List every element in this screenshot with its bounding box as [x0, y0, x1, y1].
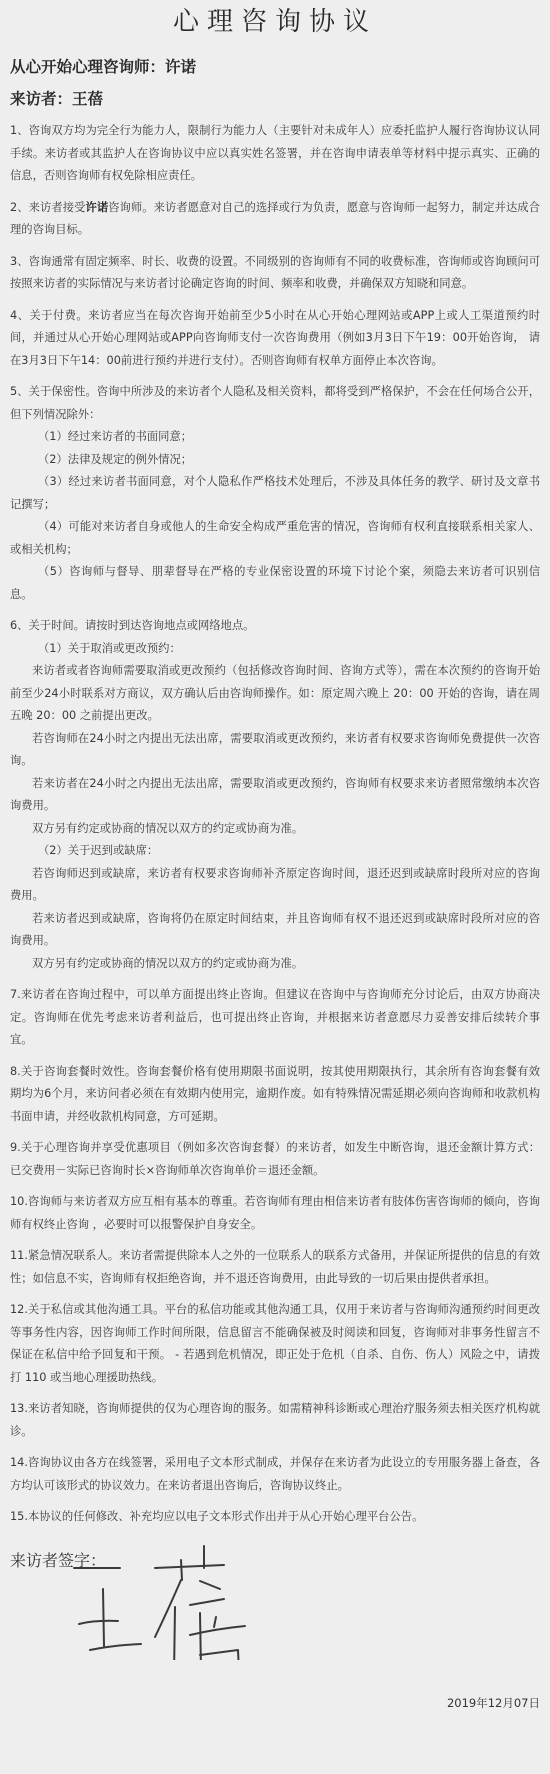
- clause-2: 2、来访者接受许诺咨询师。来访者愿意对自己的选择或行为负责，愿意与咨询师一起努力…: [10, 197, 540, 242]
- clause-10: 10.咨询师与来访者双方应互相有基本的尊重。若咨询师有理由相信来访者有肢体伤害咨…: [10, 1191, 540, 1236]
- clause-9: 9.关于心理咨询并享受优惠项目（例如多次咨询套餐）的来访者，如发生中断咨询，退还…: [10, 1137, 540, 1182]
- agreement-page: 心理咨询协议 从心开始心理咨询师：许诺 来访者：王蓓 1、咨询双方均为完全行为能…: [0, 0, 550, 1774]
- clause-9-text: 9.关于心理咨询并享受优惠项目（例如多次咨询套餐）的来访者，如发生中断咨询，退还…: [10, 1137, 540, 1182]
- clause-11-text: 11.紧急情况联系人。来访者需提供除本人之外的一位联系人的联系方式备用，并保证所…: [10, 1245, 540, 1290]
- clause-12-text: 12.关于私信或其他沟通工具。平台的私信功能或其他沟通工具，仅用于来访者与咨询师…: [10, 1299, 540, 1389]
- clause-8: 8.关于咨询套餐时效性。咨询套餐价格有使用期限书面说明，按其使用期限执行，其余所…: [10, 1061, 540, 1129]
- clause-7-text: 7.来访者在咨询过程中，可以单方面提出终止咨询。但建议在咨询中与咨询师充分讨论后…: [10, 984, 540, 1052]
- clause-2-pre: 2、来访者接受: [10, 201, 85, 214]
- clause-6-sub2-p3: 双方另有约定或协商的情况以双方的约定或协商为准。: [10, 953, 540, 976]
- clause-12: 12.关于私信或其他沟通工具。平台的私信功能或其他沟通工具，仅用于来访者与咨询师…: [10, 1299, 540, 1389]
- clause-1: 1、咨询双方均为完全行为能力人，限制行为能力人（主要针对未成年人）应委托监护人履…: [10, 120, 540, 188]
- clause-5-item-2: （2）法律及规定的例外情况；: [10, 449, 540, 472]
- clause-14-text: 14.咨询协议由各方在线签署，采用电子文本形式制成，并保存在来访者为此设立的专用…: [10, 1452, 540, 1497]
- clause-7: 7.来访者在咨询过程中，可以单方面提出终止咨询。但建议在咨询中与咨询师充分讨论后…: [10, 984, 540, 1052]
- handwritten-signature: [0, 1500, 300, 1660]
- clause-2-counselor-name: 许诺: [85, 201, 108, 214]
- clause-3-text: 3、咨询通常有固定频率、时长、收费的设置。不同级别的咨询师有不同的收费标准，咨询…: [10, 251, 540, 296]
- clause-5-item-3: （3）经过来访者书面同意，对个人隐私作严格技术处理后，不涉及具体任务的教学、研讨…: [10, 471, 540, 516]
- clause-13-text: 13.来访者知晓，咨询师提供的仅为心理咨询的服务。如需精神科诊断或心理治疗服务须…: [10, 1398, 540, 1443]
- clause-6-sub2-p1: 若咨询师迟到或缺席，来访者有权要求咨询师补齐原定咨询时间，退还迟到或缺席时段所对…: [10, 863, 540, 908]
- clause-6-sub2-p2: 若来访者迟到或缺席，咨询将仍在原定时间结束，并且咨询师有权不退还迟到或缺席时段所…: [10, 908, 540, 953]
- clause-6-sub2-title: （2）关于迟到或缺席：: [10, 840, 540, 863]
- clause-5-item-5: （5）咨询师与督导、朋辈督导在严格的专业保密设置的环境下讨论个案，须隐去来访者可…: [10, 561, 540, 606]
- clause-5: 5、关于保密性。咨询中所涉及的来访者个人隐私及相关资料，都将受到严格保护，不会在…: [10, 381, 540, 606]
- clause-1-text: 1、咨询双方均为完全行为能力人，限制行为能力人（主要针对未成年人）应委托监护人履…: [10, 120, 540, 188]
- clause-6-sub1-p4: 双方另有约定或协商的情况以双方的约定或协商为准。: [10, 818, 540, 841]
- signature-date: 2019年12月07日: [447, 1695, 540, 1711]
- clause-2-text: 2、来访者接受许诺咨询师。来访者愿意对自己的选择或行为负责，愿意与咨询师一起努力…: [10, 197, 540, 242]
- visitor-line: 来访者：王蓓: [10, 84, 540, 114]
- clause-5-item-4: （4）可能对来访者自身或他人的生命安全构成严重危害的情况，咨询师有权利直接联系相…: [10, 516, 540, 561]
- clause-6-sub1-p1: 来访者或者咨询师需要取消或更改预约（包括修改咨询时间、咨询方式等），需在本次预约…: [10, 660, 540, 728]
- document-title: 心理咨询协议: [10, 0, 540, 44]
- clause-6-intro: 6、关于时间。请按时到达咨询地点或网络地点。: [10, 615, 540, 638]
- visitor-label: 来访者：: [10, 90, 72, 108]
- clause-8-text: 8.关于咨询套餐时效性。咨询套餐价格有使用期限书面说明，按其使用期限执行，其余所…: [10, 1061, 540, 1129]
- clause-6-sub1-p3: 若来访者在24小时之内提出无法出席，需要取消或更改预约，咨询师有权要求来访者照常…: [10, 773, 540, 818]
- clause-6: 6、关于时间。请按时到达咨询地点或网络地点。 （1）关于取消或更改预约： 来访者…: [10, 615, 540, 975]
- clause-14: 14.咨询协议由各方在线签署，采用电子文本形式制成，并保存在来访者为此设立的专用…: [10, 1452, 540, 1497]
- clause-3: 3、咨询通常有固定频率、时长、收费的设置。不同级别的咨询师有不同的收费标准，咨询…: [10, 251, 540, 296]
- clause-6-sub1-p2: 若咨询师在24小时之内提出无法出席，需要取消或更改预约，来访者有权要求咨询师免费…: [10, 728, 540, 773]
- clause-13: 13.来访者知晓，咨询师提供的仅为心理咨询的服务。如需精神科诊断或心理治疗服务须…: [10, 1398, 540, 1443]
- clause-4: 4、关于付费。来访者应当在每次咨询开始前至少5小时在从心开始心理网站或APP上或…: [10, 305, 540, 373]
- counselor-name: 许诺: [165, 58, 196, 76]
- clause-11: 11.紧急情况联系人。来访者需提供除本人之外的一位联系人的联系方式备用，并保证所…: [10, 1245, 540, 1290]
- clause-10-text: 10.咨询师与来访者双方应互相有基本的尊重。若咨询师有理由相信来访者有肢体伤害咨…: [10, 1191, 540, 1236]
- clause-4-text: 4、关于付费。来访者应当在每次咨询开始前至少5小时在从心开始心理网站或APP上或…: [10, 305, 540, 373]
- counselor-line: 从心开始心理咨询师：许诺: [10, 54, 540, 80]
- clause-5-intro: 5、关于保密性。咨询中所涉及的来访者个人隐私及相关资料，都将受到严格保护，不会在…: [10, 381, 540, 426]
- visitor-name: 王蓓: [72, 90, 103, 108]
- clause-6-sub1-title: （1）关于取消或更改预约：: [10, 638, 540, 661]
- counselor-label: 从心开始心理咨询师：: [10, 58, 165, 76]
- clause-5-item-1: （1）经过来访者的书面同意；: [10, 426, 540, 449]
